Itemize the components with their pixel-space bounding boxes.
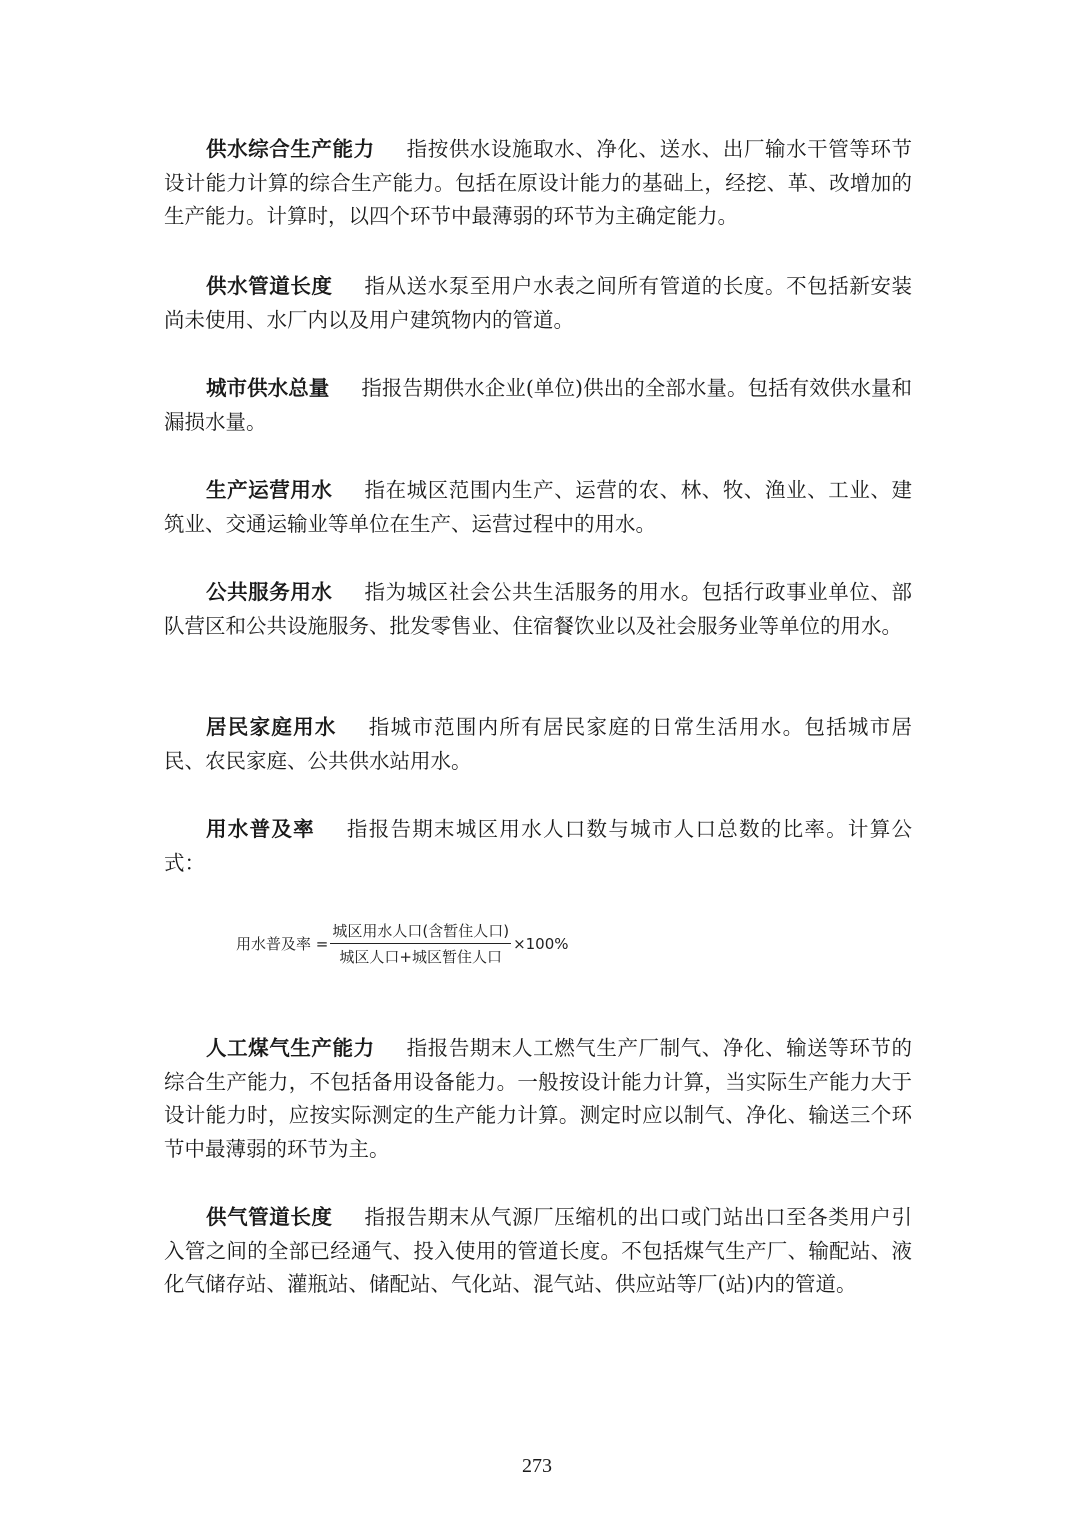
formula-multiplier: ×100% [513, 935, 568, 953]
definition-supply-pipe-length: 供水管道长度指从送水泵至用户水表之间所有管道的长度。不包括新安装尚未使用、水厂内… [164, 270, 912, 337]
definition-household-water: 居民家庭用水指城市范围内所有居民家庭的日常生活用水。包括城市居民、农民家庭、公共… [164, 711, 912, 778]
term-label: 供水管道长度 [206, 274, 332, 298]
definition-total-water-supply: 城市供水总量指报告期供水企业(单位)供出的全部水量。包括有效供水量和漏损水量。 [164, 372, 912, 439]
definition-gas-pipe-length: 供气管道长度指报告期末从气源厂压缩机的出口或门站出口至各类用户引入管之间的全部已… [164, 1201, 912, 1302]
definition-manufactured-gas-capacity: 人工煤气生产能力指报告期末人工燃气生产厂制气、净化、输送等环节的综合生产能力，不… [164, 1032, 912, 1166]
formula-numerator: 城区用水人口(含暂住人口) [330, 920, 511, 944]
term-label: 用水普及率 [206, 817, 315, 841]
term-label: 居民家庭用水 [206, 715, 337, 739]
formula-fraction: 城区用水人口(含暂住人口) 城区人口+城区暂住人口 [330, 920, 511, 967]
definition-water-coverage-rate: 用水普及率指报告期末城区用水人口数与城市人口总数的比率。计算公式： [164, 813, 912, 880]
term-label: 供水综合生产能力 [206, 137, 375, 161]
term-label: 城市供水总量 [206, 376, 329, 400]
term-label: 生产运营用水 [206, 478, 332, 502]
term-label: 人工煤气生产能力 [206, 1036, 375, 1060]
coverage-rate-formula: 用水普及率 = 城区用水人口(含暂住人口) 城区人口+城区暂住人口 ×100% [236, 920, 569, 967]
page-number: 273 [0, 1455, 1074, 1478]
definition-supply-capacity: 供水综合生产能力指按供水设施取水、净化、送水、出厂输水干管等环节设计能力计算的综… [164, 133, 912, 234]
formula-denominator: 城区人口+城区暂住人口 [339, 944, 502, 967]
formula-lhs: 用水普及率 = [236, 933, 328, 954]
term-label: 供气管道长度 [206, 1205, 332, 1229]
definition-public-service-water: 公共服务用水指为城区社会公共生活服务的用水。包括行政事业单位、部队营区和公共设施… [164, 576, 912, 643]
term-label: 公共服务用水 [206, 580, 332, 604]
definition-production-water-use: 生产运营用水指在城区范围内生产、运营的农、林、牧、渔业、工业、建筑业、交通运输业… [164, 474, 912, 541]
